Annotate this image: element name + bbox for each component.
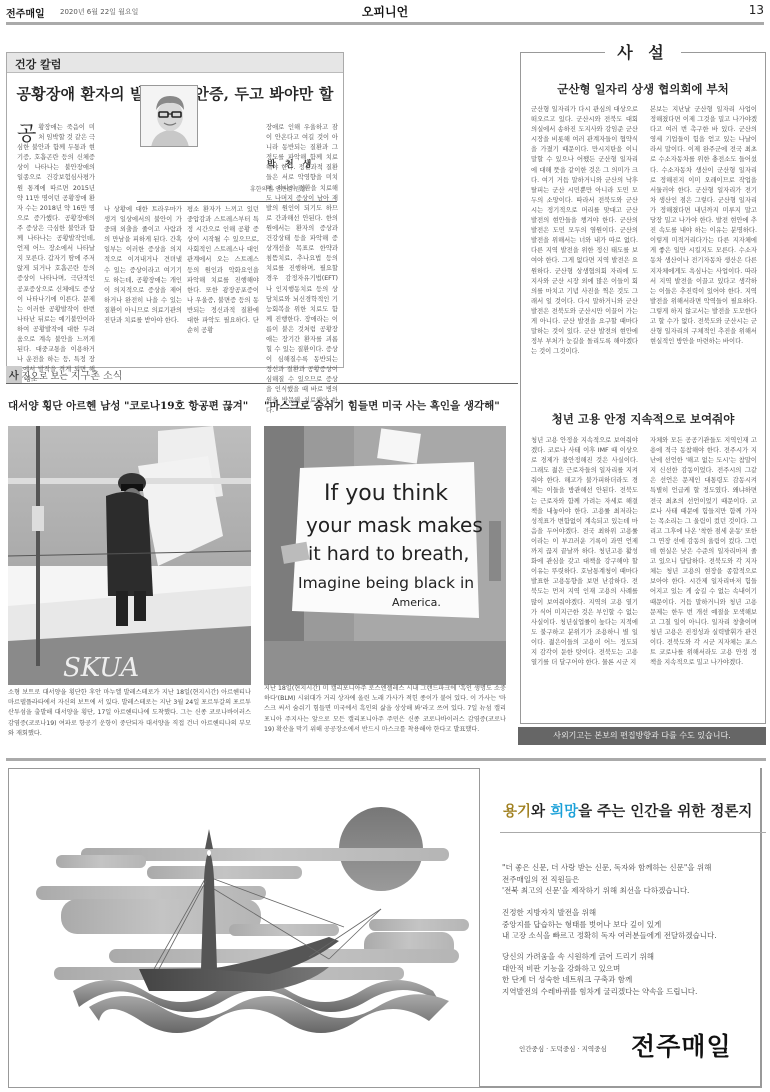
column-body-col1: 공황장애는 죽음이 미처 임박할 것 같은 극심한 불안과 함께 두통과 현기증… (17, 123, 95, 385)
sign-line-2: your mask makes (306, 513, 483, 537)
sign-line-5: America. (392, 596, 441, 609)
ad-artwork (8, 768, 480, 1088)
health-column: 건강 칼럼 공황장애 환자의 발작과 불안증, 두고 봐야만 할까? 공황장애는… (6, 52, 344, 368)
ad-tagline: 인간중심 · 도덕중심 · 지역중심 (519, 1044, 607, 1053)
slogan-hope: 희망 (550, 804, 578, 820)
page-number: 13 (749, 3, 764, 17)
ad-paragraph-2: 진정한 지방자치 발전을 위해 중앙지를 답습하는 형태를 벗어나 보다 깊이 … (502, 907, 717, 942)
sailboat-image: SKUA (8, 426, 251, 685)
sailboat-photo: SKUA (8, 426, 251, 685)
author-portrait (140, 85, 198, 147)
svg-text:SKUA: SKUA (63, 653, 139, 683)
editorial-2-col1: 청년 고용 안정을 지속적으로 보여줘야겠다. 코로나 사태 이후 IMF 때 … (531, 436, 638, 721)
photo-title-2: "마스크로 숨쉬기 힘들면 미국 사는 흑인을 생각해" (264, 398, 500, 413)
photo-news-label: 사진으로 보는 지구촌 소식 (6, 366, 122, 383)
column-body-col3: 평소 환자가 느끼고 있던 중압감과 스트레스부터 특정 시간으로 인해 공황 … (187, 205, 259, 336)
section-rule (6, 758, 766, 761)
column-body-col2: 나 상황에 대한 트라우마가 생겨 일상에서의 불안이 가중돼 외출을 줄이고 … (104, 205, 182, 326)
column-label: 건강 칼럼 (7, 53, 343, 73)
masthead: 전주매일 2020년 6월 22일 월요일 오피니언 13 (0, 0, 770, 26)
sign-line-3: it hard to breath, (308, 543, 469, 565)
ad-logo: 전주매일 (631, 1027, 732, 1063)
ad-paragraph-1: "더 좋은 신문, 더 사랑 받는 신문, 독자와 함께하는 신문"을 위해 전… (502, 862, 711, 897)
protest-sign-image: If you think your mask makes it hard to … (264, 426, 506, 685)
editorial-notice: 사외기고는 본보의 편집방향과 다를 수도 있습니다. (518, 727, 766, 745)
editorial-1-col2: 본보는 지난날 군산형 일자리 사업이 정해졌다면 이제 그것을 밀고 나가야겠… (650, 105, 757, 405)
ad-slogan: 용기와 희망을 주는 인간을 위한 정론지 (503, 800, 752, 821)
ad-paragraph-3: 당신의 가려움을 속 시원하게 긁어 드리기 위해 대안적 비판 기능을 강화하… (502, 951, 697, 997)
sign-line-1: If you think (324, 481, 448, 506)
slogan-courage: 용기 (503, 804, 531, 820)
photo-title-1: 대서양 횡단 아르헨 남성 "코로나19호 항공편 끊겨" (8, 398, 248, 413)
editorial-1-col1: 군산형 일자리가 다시 관심의 대상으로 떠오르고 있다. 군산시와 전북도 대… (531, 105, 638, 405)
editorial-headline-2: 청년 고용 안정 지속적으로 보여줘야 (521, 411, 765, 427)
ship-illustration (9, 769, 480, 1088)
editorial-section: 군산형 일자리 상생 협의회에 부처 군산형 일자리가 다시 관심의 대상으로 … (520, 52, 766, 724)
photo-caption-2: 지난 18일(현지시간) 미 캘리포니아주 로스엔젤레스 시내 그랜드파크에 '… (264, 684, 506, 735)
section-title: 오피니언 (0, 3, 770, 20)
editorial-2-col2: 자체와 모든 공공기관들도 지역인재 고용에 적극 동참해야 한다. 전주시가 … (650, 436, 757, 721)
header-rule (6, 22, 764, 25)
photo-caption-1: 소형 보트로 대서양을 횡단한 후안 마누엘 발레스테로가 지난 18일(현지시… (8, 688, 251, 739)
editorial-title: 사 설 (605, 40, 680, 63)
protest-sign-photo: If you think your mask makes it hard to … (264, 426, 506, 685)
editorial-headline-1: 군산형 일자리 상생 협의회에 부처 (521, 81, 765, 97)
sign-line-4: Imagine being black in (298, 574, 474, 592)
column-body-col4: 장애로 인해 우울하고 잠이 안온다고 여길 것이 아니라 동반되는 질환과 그… (266, 123, 338, 416)
slogan-rule (500, 832, 766, 833)
editorial-title-wrap: 사 설 (520, 40, 766, 60)
dropcap: 공 (17, 124, 36, 143)
photo-news-rule (6, 383, 518, 384)
portrait-image (141, 86, 198, 147)
